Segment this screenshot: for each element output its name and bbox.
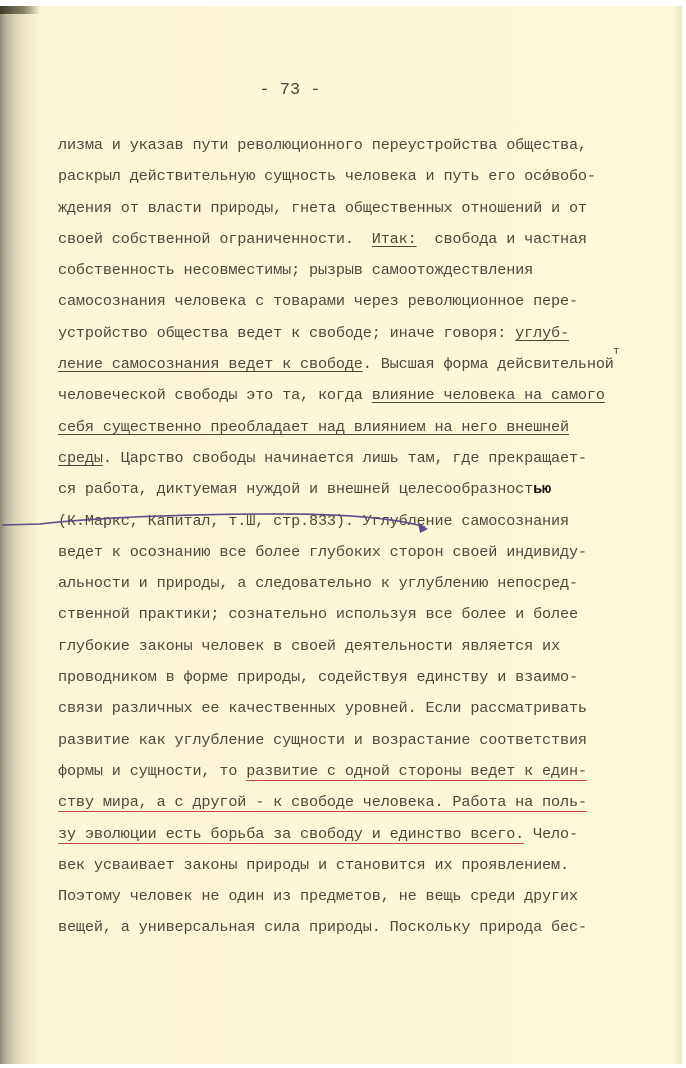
text-segment: . Царство свободы начинается лишь там, г… xyxy=(103,449,587,467)
text-line: зу эволюции есть борьба за свободу и еди… xyxy=(58,819,678,850)
text-line: альности и природы, а следовательно к уг… xyxy=(58,568,678,599)
text-segment: собственность несовместимы; рызрыв самоо… xyxy=(58,261,533,279)
text-line: вещей, а универсальная сила природы. Пос… xyxy=(58,912,678,943)
text-line: ству мира, а с другой - к свободе челове… xyxy=(58,787,678,818)
text-segment: ждения от власти природы, гнета обществе… xyxy=(58,199,587,217)
text-line: ся работа, диктуемая нуждой и внешней це… xyxy=(58,474,678,505)
underlined-text: себя существенно преобладает над влияние… xyxy=(58,418,569,436)
text-line: раскрыл действительную сущность человека… xyxy=(58,161,678,192)
text-line: проводником в форме природы, содействуя … xyxy=(58,662,678,693)
text-line: Поэтому человек не один из предметов, не… xyxy=(58,881,678,912)
text-segment: проводником в форме природы, содействуя … xyxy=(58,668,578,686)
text-line: среды. Царство свободы начинается лишь т… xyxy=(58,443,678,474)
text-segment: ведет к осознанию все более глубоких сто… xyxy=(58,543,587,561)
text-line: самосознания человека с товарами через р… xyxy=(58,286,678,317)
text-line: лизма и указав пути революционного переу… xyxy=(58,130,678,161)
text-line: ственной практики; сознательно используя… xyxy=(58,599,678,630)
text-segment: лизма и указав пути революционного переу… xyxy=(58,136,587,154)
text-segment: Поэтому человек не один из предметов, не… xyxy=(58,887,578,905)
text-segment: своей собственной ограниченности. xyxy=(58,230,372,248)
underlined-text: ление самосознания ведет к свободе xyxy=(58,355,363,373)
text-segment: человеческой свободы это та, когда xyxy=(58,386,372,404)
text-line: собственность несовместимы; рызрыв самоо… xyxy=(58,255,678,286)
text-segment: . Высшая форма дейсвительной xyxy=(363,355,614,373)
text-segment: глубокие законы человек в своей деятельн… xyxy=(58,637,560,655)
underlined-text: углуб- xyxy=(515,324,569,342)
underlined-text: влияние человека на самого xyxy=(372,386,605,404)
text-segment: связи различных ее качественных уровней.… xyxy=(58,699,587,717)
text-line: глубокие законы человек в своей деятельн… xyxy=(58,631,678,662)
underlined-text: среды xyxy=(58,449,103,467)
document-page: - 73 - лизма и указав пути революционног… xyxy=(0,6,682,1064)
text-line: связи различных ее качественных уровней.… xyxy=(58,693,678,724)
red-underlined-text: зу эволюции есть борьба за свободу и еди… xyxy=(58,825,524,843)
text-segment: раскрыл действительную сущность человека… xyxy=(58,167,596,185)
text-segment: развитие как углубление сущности и возра… xyxy=(58,731,587,749)
text-line: ведет к осознанию все более глубоких сто… xyxy=(58,537,678,568)
text-segment: самосознания человека с товарами через р… xyxy=(58,292,578,310)
page-number: - 73 - xyxy=(0,81,580,100)
text-segment: формы и сущности, то xyxy=(58,762,246,780)
margin-arrow-pencil-mark xyxy=(0,511,440,541)
text-segment: альности и природы, а следовательно к уг… xyxy=(58,574,578,592)
text-line: своей собственной ограниченности. Итак: … xyxy=(58,224,678,255)
underlined-text: Итак: xyxy=(372,230,417,248)
text-line: ждения от власти природы, гнета обществе… xyxy=(58,193,678,224)
text-segment: ственной практики; сознательно используя… xyxy=(58,605,578,623)
text-line: формы и сущности, то развитие с одной ст… xyxy=(58,756,678,787)
red-underlined-text: развитие с одной стороны ведет к един- xyxy=(246,762,587,780)
text-line: век усваивает законы природы и становитс… xyxy=(58,850,678,881)
text-line: устройство общества ведет к свободе; ина… xyxy=(58,318,678,349)
text-segment: устройство общества ведет к свободе; ина… xyxy=(58,324,515,342)
text-segment: ся работа, диктуемая нуждой и внешней це… xyxy=(58,480,533,498)
text-segment: век усваивает законы природы и становитс… xyxy=(58,856,569,874)
text-line: развитие как углубление сущности и возра… xyxy=(58,725,678,756)
text-segment: Чело- xyxy=(524,825,578,843)
text-line: себя существенно преобладает над влияние… xyxy=(58,412,678,443)
text-segment: вещей, а универсальная сила природы. Пос… xyxy=(58,918,587,936)
text-line: человеческой свободы это та, когда влиян… xyxy=(58,380,678,411)
text-segment: ью xyxy=(533,480,551,498)
red-underlined-text: ству мира, а с другой - к свободе челове… xyxy=(58,793,587,811)
handwritten-insertion: т xyxy=(613,347,619,358)
text-segment: свобода и частная xyxy=(417,230,587,248)
text-line: ление самосознания ведет к свободе. Высш… xyxy=(58,349,678,380)
